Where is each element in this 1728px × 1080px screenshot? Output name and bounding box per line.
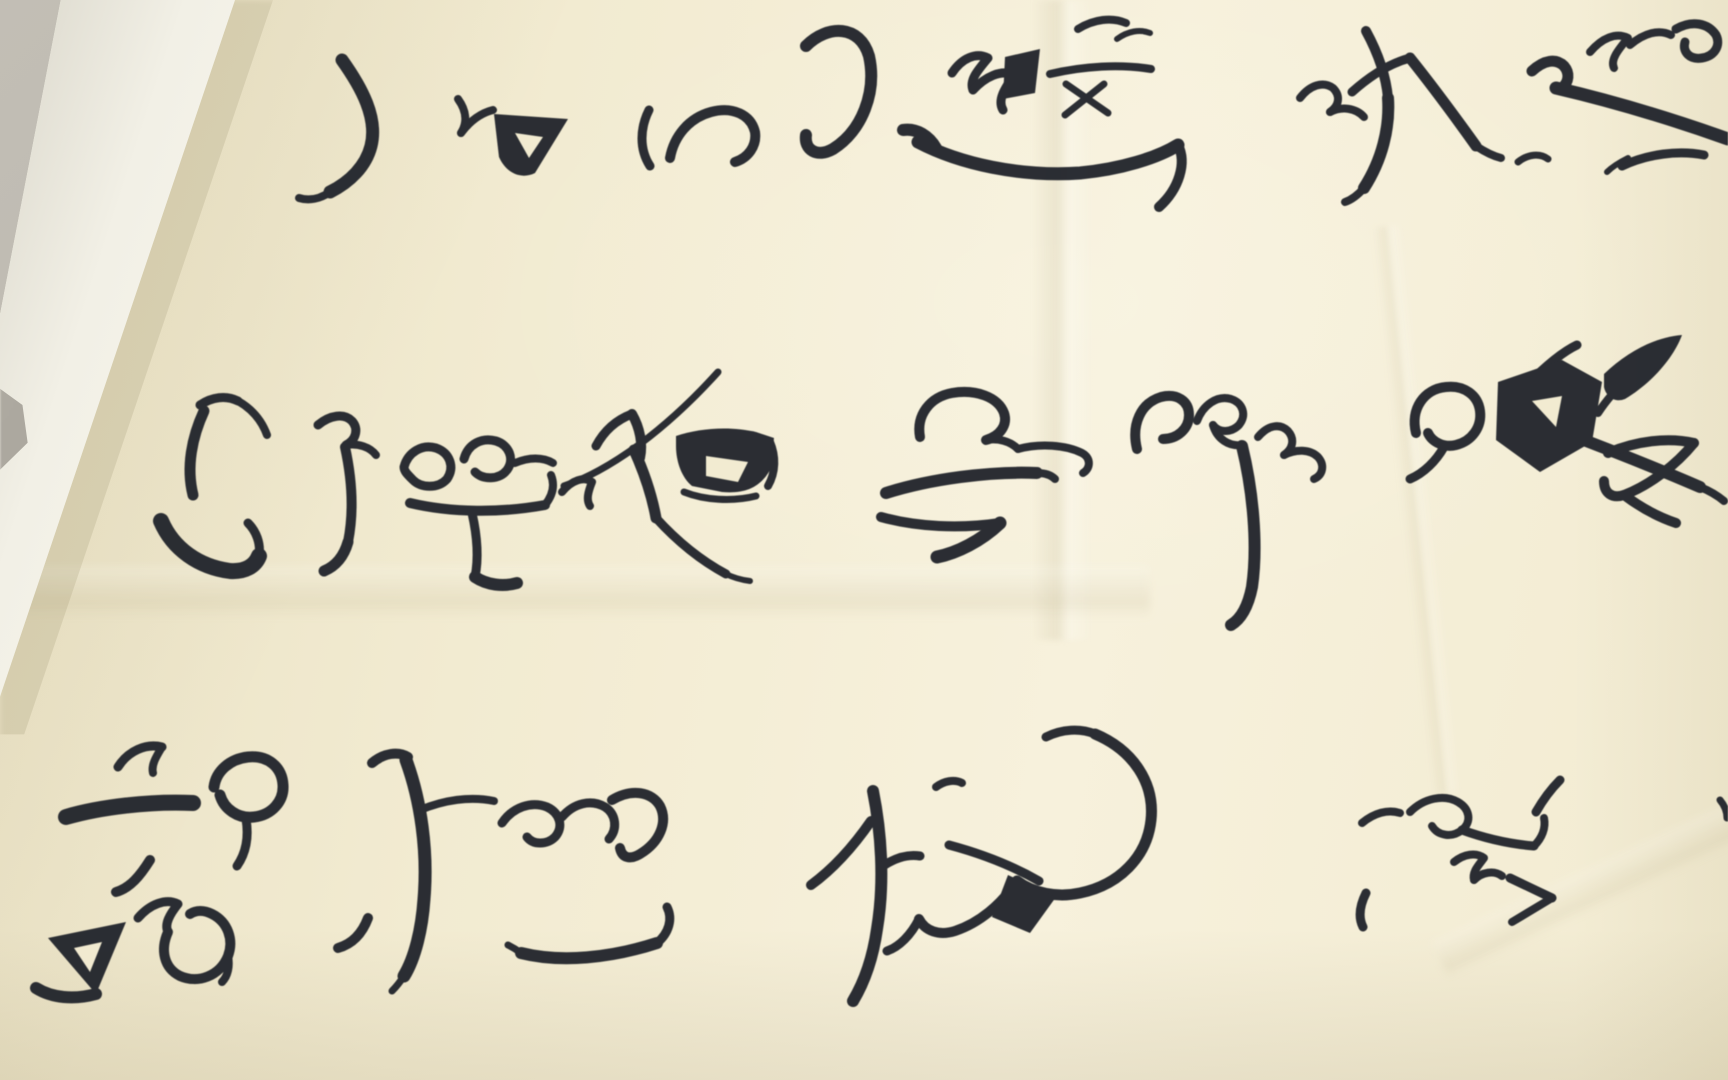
calligraphy-row-2: [161, 335, 1724, 625]
calligraphy-row-1: [299, 20, 1728, 207]
character-group: [1518, 24, 1728, 172]
character-group: [881, 392, 1089, 557]
character-group: [642, 31, 871, 166]
character-group: [1300, 31, 1501, 202]
calligraphy-row-3: [36, 730, 1727, 1001]
ink-blob: [992, 875, 1056, 933]
photo-calligraphy-sheet: [0, 0, 1728, 1080]
character-group: [811, 730, 1151, 1001]
calligraphy-ink: [0, 0, 1728, 1080]
ink-blob: [1496, 335, 1682, 472]
character-group: [299, 60, 493, 199]
ink-blob: [1003, 49, 1040, 99]
character-group: [404, 440, 553, 585]
character-group: [338, 754, 670, 991]
character-group: [903, 20, 1182, 207]
character-group: [161, 398, 376, 572]
character-group: [1135, 396, 1322, 625]
character-group: [1360, 780, 1727, 927]
